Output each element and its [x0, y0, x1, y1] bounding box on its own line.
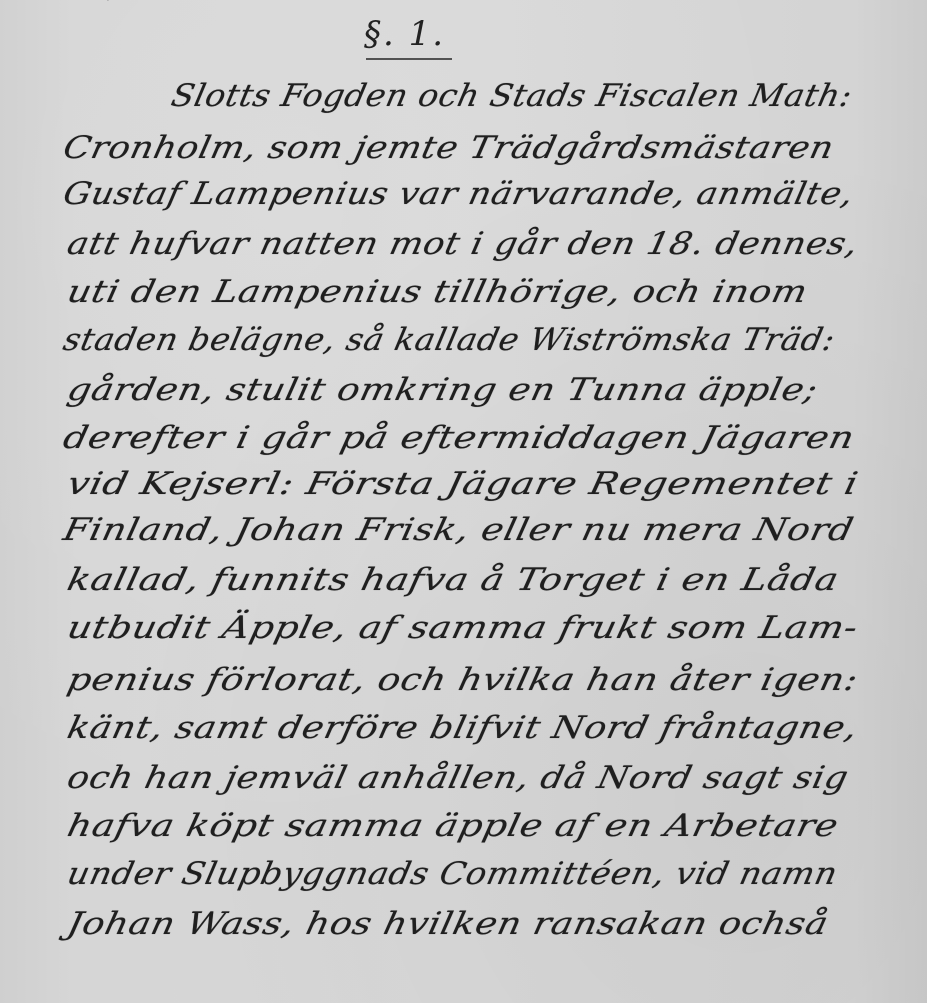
manuscript-line-9: vid Kejserl: Första Jägare Regementet i [64, 466, 862, 502]
manuscript-page: ' §. 1. Slotts Fogden och Stads Fiscalen… [0, 0, 927, 1003]
manuscript-line-2: Cronholm, som jemte Trädgårdsmästaren [60, 130, 837, 166]
manuscript-line-12: utbudit Äpple, af samma frukt som Lam- [64, 610, 861, 646]
manuscript-line-4: att hufvar natten mot i går den 18. denn… [64, 226, 862, 262]
manuscript-line-15: och han jemväl anhållen, då Nord sagt si… [64, 760, 852, 796]
manuscript-line-5: uti den Lampenius tillhörige, och inom [64, 274, 811, 310]
manuscript-line-17: under Slupbyggnads Committéen, vid namn [64, 856, 841, 892]
manuscript-line-11: kallad, funnits hafva å Torget i en Låda [64, 562, 842, 598]
manuscript-line-10: Finland, Johan Frisk, eller nu mera Nord [60, 512, 857, 548]
manuscript-line-18: Johan Wass, hos hvilken ransakan ochså [64, 906, 832, 942]
manuscript-line-3: Gustaf Lampenius var närvarande, anmälte… [60, 176, 857, 212]
manuscript-line-13: penius förlorat, och hvilka han åter ige… [64, 662, 861, 698]
manuscript-body: Slotts Fogden och Stads Fiscalen Math: C… [0, 0, 927, 1003]
manuscript-line-1: Slotts Fogden och Stads Fiscalen Math: [168, 78, 856, 114]
manuscript-line-14: känt, samt derföre blifvit Nord fråntagn… [64, 710, 861, 746]
manuscript-line-16: hafva köpt samma äpple af en Arbetare [64, 808, 842, 844]
manuscript-line-8: derefter i går på eftermiddagen Jägaren [60, 420, 858, 456]
manuscript-line-7: gården, stulit omkring en Tunna äpple; [64, 372, 821, 408]
manuscript-line-6: staden belägne, så kallade Wiströmska Tr… [60, 322, 838, 358]
